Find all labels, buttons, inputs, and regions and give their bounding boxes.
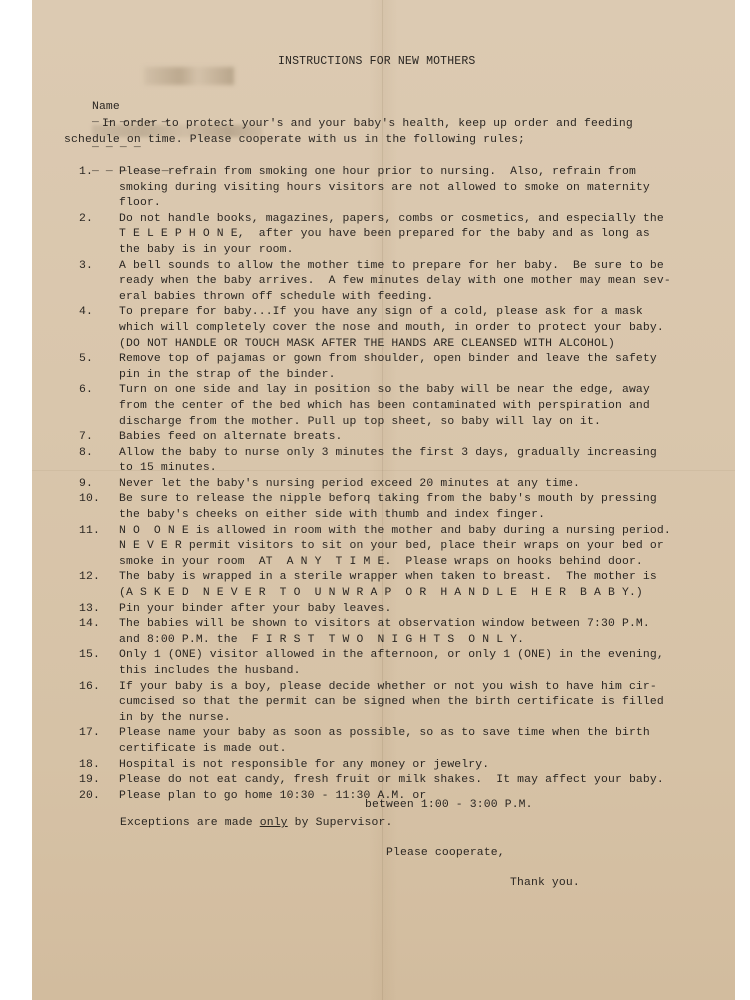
rule-line: and 8:00 P.M. the F I R S T T W O N I G … [119, 633, 729, 649]
rule-line: Only 1 (ONE) visitor allowed in the afte… [119, 648, 729, 664]
rule-line: The baby is wrapped in a sterile wrapper… [119, 570, 729, 586]
rules-list: 1.Please refrain from smoking one hour p… [79, 165, 729, 804]
rule-text: Allow the baby to nurse only 3 minutes t… [119, 446, 729, 477]
exceptions-note: Exceptions are made only by Supervisor. [120, 817, 392, 829]
rule-line: eral babies thrown off schedule with fee… [119, 290, 729, 306]
rule-line: T E L E P H O N E, after you have been p… [119, 227, 729, 243]
rule-line: Never let the baby's nursing period exce… [119, 477, 729, 493]
rule-item: 11.N O O N E is allowed in room with the… [79, 524, 729, 571]
rule-20-continuation: between 1:00 - 3:00 P.M. [365, 799, 533, 811]
rule-number: 7. [79, 430, 119, 446]
rule-item: 10.Be sure to release the nipple beforq … [79, 492, 729, 523]
rule-text: Remove top of pajamas or gown from shoul… [119, 352, 729, 383]
document-page: INSTRUCTIONS FOR NEW MOTHERS Name _ _ _ … [32, 0, 735, 1000]
rule-line: Hospital is not responsible for any mone… [119, 758, 729, 774]
rule-line: (DO NOT HANDLE OR TOUCH MASK AFTER THE H… [119, 337, 729, 353]
rule-line: cumcised so that the permit can be signe… [119, 695, 729, 711]
rule-item: 14.The babies will be shown to visitors … [79, 617, 729, 648]
rule-line: To prepare for baby...If you have any si… [119, 305, 729, 321]
rule-line: pin in the strap of the binder. [119, 368, 729, 384]
rule-number: 9. [79, 477, 119, 493]
rule-text: Pin your binder after your baby leaves. [119, 602, 729, 618]
rule-item: 5.Remove top of pajamas or gown from sho… [79, 352, 729, 383]
rule-line: Please name your baby as soon as possibl… [119, 726, 729, 742]
rule-number: 15. [79, 648, 119, 679]
rule-line: smoking during visiting hours visitors a… [119, 181, 729, 197]
rule-text: Never let the baby's nursing period exce… [119, 477, 729, 493]
rule-item: 4.To prepare for baby...If you have any … [79, 305, 729, 352]
rule-line: discharge from the mother. Pull up top s… [119, 415, 729, 431]
rule-line: to 15 minutes. [119, 461, 729, 477]
rule-number: 4. [79, 305, 119, 352]
rule-number: 10. [79, 492, 119, 523]
rule-item: 3.A bell sounds to allow the mother time… [79, 259, 729, 306]
rule-number: 12. [79, 570, 119, 601]
rule-text: The baby is wrapped in a sterile wrapper… [119, 570, 729, 601]
rule-line: N O O N E is allowed in room with the mo… [119, 524, 729, 540]
rule-number: 16. [79, 680, 119, 727]
rule-number: 2. [79, 212, 119, 259]
rule-line: from the center of the bed which has bee… [119, 399, 729, 415]
rule-number: 17. [79, 726, 119, 757]
rule-line: Please refrain from smoking one hour pri… [119, 165, 729, 181]
document-title: INSTRUCTIONS FOR NEW MOTHERS [278, 55, 475, 68]
rule-item: 19.Please do not eat candy, fresh fruit … [79, 773, 729, 789]
name-label: Name [92, 101, 120, 113]
rule-line: Pin your binder after your baby leaves. [119, 602, 729, 618]
rule-item: 8.Allow the baby to nurse only 3 minutes… [79, 446, 729, 477]
rule-line: the baby is in your room. [119, 243, 729, 259]
rule-line: Be sure to release the nipple beforq tak… [119, 492, 729, 508]
rule-text: The babies will be shown to visitors at … [119, 617, 729, 648]
rule-number: 19. [79, 773, 119, 789]
rule-item: 7.Babies feed on alternate breats. [79, 430, 729, 446]
closing-please-cooperate: Please cooperate, [386, 847, 505, 859]
rule-line: Do not handle books, magazines, papers, … [119, 212, 729, 228]
rule-line: N E V E R permit visitors to sit on your… [119, 539, 729, 555]
rule-text: N O O N E is allowed in room with the mo… [119, 524, 729, 571]
rule-number: 3. [79, 259, 119, 306]
rule-number: 5. [79, 352, 119, 383]
rule-line: the baby's cheeks on either side with th… [119, 508, 729, 524]
rule-text: To prepare for baby...If you have any si… [119, 305, 729, 352]
intro-line-2: schedule on time. Please cooperate with … [64, 132, 704, 148]
rule-item: 9.Never let the baby's nursing period ex… [79, 477, 729, 493]
rule-item: 15.Only 1 (ONE) visitor allowed in the a… [79, 648, 729, 679]
rule-text: Please name your baby as soon as possibl… [119, 726, 729, 757]
rule-text: Hospital is not responsible for any mone… [119, 758, 729, 774]
rule-item: 12.The baby is wrapped in a sterile wrap… [79, 570, 729, 601]
rule-number: 11. [79, 524, 119, 571]
rule-text: Be sure to release the nipple beforq tak… [119, 492, 729, 523]
rule-number: 8. [79, 446, 119, 477]
rule-text: Turn on one side and lay in position so … [119, 383, 729, 430]
rule-number: 18. [79, 758, 119, 774]
rule-number: 14. [79, 617, 119, 648]
closing-thank-you: Thank you. [510, 877, 580, 889]
rule-item: 13.Pin your binder after your baby leave… [79, 602, 729, 618]
rule-line: Remove top of pajamas or gown from shoul… [119, 352, 729, 368]
rule-item: 16.If your baby is a boy, please decide … [79, 680, 729, 727]
rule-line: smoke in your room AT A N Y T I M E. Ple… [119, 555, 729, 571]
rule-line: which will completely cover the nose and… [119, 321, 729, 337]
rule-text: A bell sounds to allow the mother time t… [119, 259, 729, 306]
exceptions-text-pre: Exceptions are made [120, 817, 260, 829]
rule-item: 2.Do not handle books, magazines, papers… [79, 212, 729, 259]
rule-text: Only 1 (ONE) visitor allowed in the afte… [119, 648, 729, 679]
rule-line: this includes the husband. [119, 664, 729, 680]
rule-number: 13. [79, 602, 119, 618]
rule-item: 6.Turn on one side and lay in position s… [79, 383, 729, 430]
rule-text: Please refrain from smoking one hour pri… [119, 165, 729, 212]
rule-line: floor. [119, 196, 729, 212]
rule-line: in by the nurse. [119, 711, 729, 727]
intro-line-1: In order to protect your's and your baby… [64, 116, 704, 132]
rule-text: Please do not eat candy, fresh fruit or … [119, 773, 729, 789]
rule-line: If your baby is a boy, please decide whe… [119, 680, 729, 696]
rule-line: The babies will be shown to visitors at … [119, 617, 729, 633]
rule-line: ready when the baby arrives. A few minut… [119, 274, 729, 290]
rule-text: Babies feed on alternate breats. [119, 430, 729, 446]
rule-number: 1. [79, 165, 119, 212]
redacted-name-top [144, 67, 234, 85]
rule-line: (A S K E D N E V E R T O U N W R A P O R… [119, 586, 729, 602]
rule-item: 1.Please refrain from smoking one hour p… [79, 165, 729, 212]
rule-text: If your baby is a boy, please decide whe… [119, 680, 729, 727]
intro-paragraph: In order to protect your's and your baby… [64, 116, 704, 148]
rule-text: Do not handle books, magazines, papers, … [119, 212, 729, 259]
rule-line: Please do not eat candy, fresh fruit or … [119, 773, 729, 789]
rule-item: 17.Please name your baby as soon as poss… [79, 726, 729, 757]
rule-number: 6. [79, 383, 119, 430]
rule-line: Turn on one side and lay in position so … [119, 383, 729, 399]
rule-line: Allow the baby to nurse only 3 minutes t… [119, 446, 729, 462]
rule-line: certificate is made out. [119, 742, 729, 758]
rule-line: A bell sounds to allow the mother time t… [119, 259, 729, 275]
exceptions-only-underlined: only [260, 817, 288, 829]
rule-item: 18.Hospital is not responsible for any m… [79, 758, 729, 774]
rule-line: Babies feed on alternate breats. [119, 430, 729, 446]
exceptions-text-post: by Supervisor. [288, 817, 393, 829]
rule-number: 20. [79, 789, 119, 805]
